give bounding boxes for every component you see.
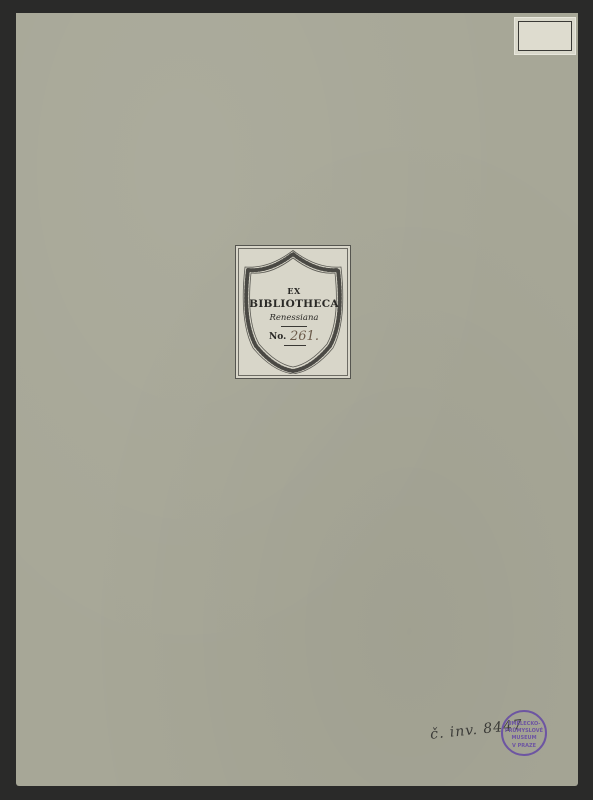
blank-label-frame [518, 21, 572, 51]
stamp-line-3: MUSEUM [503, 735, 545, 741]
stamp-line-2: PRŮMYSLOVÉ [503, 728, 545, 734]
bookplate-rule [281, 326, 307, 327]
stamp-line-4: V PRAZE [503, 743, 545, 749]
blank-label [514, 17, 576, 55]
stamp-line-1: UMĚLECKO- [503, 721, 545, 727]
museum-stamp: UMĚLECKO- PRŮMYSLOVÉ MUSEUM V PRAZE [501, 710, 547, 756]
shield-ornament-icon [240, 250, 346, 374]
bookplate-bibliotheca: BIBLIOTHECA [236, 298, 352, 310]
bookplate-owner: Renessiana [236, 313, 352, 323]
paper-sheet [16, 13, 578, 786]
bookplate-number-label: No. [269, 332, 286, 342]
bookplate-number: 261. [290, 329, 319, 344]
bookplate: EX BIBLIOTHECA Renessiana No. 261. [235, 245, 351, 379]
bookplate-rule-lower [284, 345, 306, 346]
bookplate-ex: EX [236, 286, 352, 296]
